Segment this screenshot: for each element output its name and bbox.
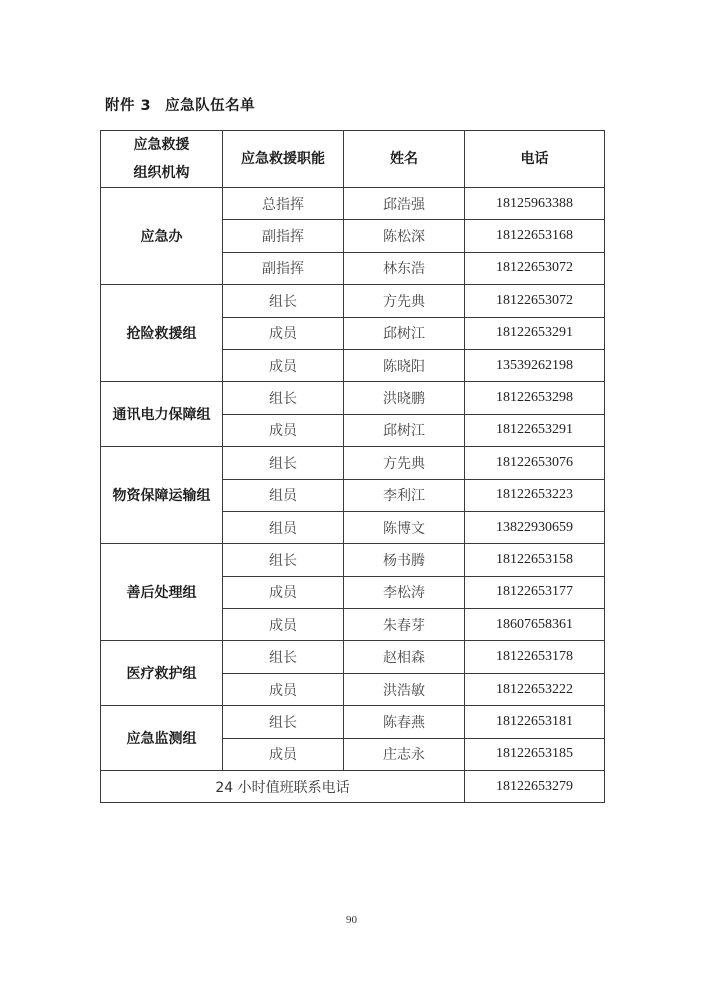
member-role: 组长 [223,641,344,673]
member-phone: 18122653072 [465,285,605,317]
member-phone: 18122653181 [465,706,605,738]
member-phone: 18122653223 [465,479,605,511]
member-name: 方先典 [344,447,465,479]
table-body: 应急办总指挥邱浩强18125963388副指挥陈松深18122653168副指挥… [101,188,605,803]
member-phone: 18122653291 [465,414,605,446]
hotline-phone: 18122653279 [465,771,605,803]
member-name: 杨书腾 [344,544,465,576]
member-role: 组长 [223,544,344,576]
header-name: 姓名 [344,131,465,188]
page-number: 90 [0,914,703,926]
member-phone: 13822930659 [465,511,605,543]
member-role: 组员 [223,479,344,511]
header-org-line2: 组织机构 [101,159,222,187]
group-name: 物资保障运输组 [101,447,223,544]
member-name: 庄志永 [344,738,465,770]
member-role: 组长 [223,447,344,479]
member-name: 邱树江 [344,317,465,349]
member-name: 李利江 [344,479,465,511]
table-row: 物资保障运输组组长方先典18122653076 [101,447,605,479]
group-name: 应急办 [101,188,223,285]
member-phone: 13539262198 [465,349,605,381]
header-phone: 电话 [465,131,605,188]
member-phone: 18122653158 [465,544,605,576]
member-name: 洪晓鹏 [344,382,465,414]
table-row: 抢险救援组组长方先典18122653072 [101,285,605,317]
member-phone: 18607658361 [465,609,605,641]
member-role: 组长 [223,706,344,738]
member-name: 邱浩强 [344,188,465,220]
member-name: 陈博文 [344,511,465,543]
member-role: 成员 [223,349,344,381]
member-role: 成员 [223,414,344,446]
member-name: 赵相森 [344,641,465,673]
member-name: 方先典 [344,285,465,317]
member-name: 陈春燕 [344,706,465,738]
document-caption: 附件 3应急队伍名单 [105,94,255,115]
member-phone: 18122653298 [465,382,605,414]
member-role: 成员 [223,609,344,641]
group-name: 通讯电力保障组 [101,382,223,447]
member-name: 洪浩敏 [344,673,465,705]
table-row: 应急办总指挥邱浩强18125963388 [101,188,605,220]
table-row: 应急监测组组长陈春燕18122653181 [101,706,605,738]
member-phone: 18122653178 [465,641,605,673]
member-role: 成员 [223,576,344,608]
group-name: 应急监测组 [101,706,223,771]
member-role: 成员 [223,317,344,349]
member-name: 陈晓阳 [344,349,465,381]
member-name: 陈松深 [344,220,465,252]
member-phone: 18122653072 [465,252,605,284]
member-name: 朱春芽 [344,609,465,641]
member-phone: 18122653177 [465,576,605,608]
hotline-row: 24 小时值班联系电话18122653279 [101,771,605,803]
member-phone: 18122653222 [465,673,605,705]
emergency-team-table: 应急救援 组织机构 应急救援职能 姓名 电话 应急办总指挥邱浩强18125963… [100,130,605,803]
member-name: 林东浩 [344,252,465,284]
member-role: 副指挥 [223,220,344,252]
member-role: 组长 [223,382,344,414]
member-phone: 18122653185 [465,738,605,770]
table-row: 善后处理组组长杨书腾18122653158 [101,544,605,576]
caption-title: 应急队伍名单 [165,98,255,114]
header-duty: 应急救援职能 [223,131,344,188]
member-role: 成员 [223,738,344,770]
group-name: 善后处理组 [101,544,223,641]
table-header-row: 应急救援 组织机构 应急救援职能 姓名 电话 [101,131,605,188]
group-name: 医疗救护组 [101,641,223,706]
member-name: 李松涛 [344,576,465,608]
member-role: 副指挥 [223,252,344,284]
member-role: 总指挥 [223,188,344,220]
member-role: 成员 [223,673,344,705]
member-phone: 18122653291 [465,317,605,349]
member-phone: 18125963388 [465,188,605,220]
member-role: 组员 [223,511,344,543]
hotline-label: 24 小时值班联系电话 [101,771,465,803]
attachment-label: 附件 3 [105,98,151,114]
header-org-line1: 应急救援 [101,131,222,159]
table-row: 通讯电力保障组组长洪晓鹏18122653298 [101,382,605,414]
member-name: 邱树江 [344,414,465,446]
member-phone: 18122653076 [465,447,605,479]
member-phone: 18122653168 [465,220,605,252]
table-row: 医疗救护组组长赵相森18122653178 [101,641,605,673]
header-org: 应急救援 组织机构 [101,131,223,188]
group-name: 抢险救援组 [101,285,223,382]
member-role: 组长 [223,285,344,317]
